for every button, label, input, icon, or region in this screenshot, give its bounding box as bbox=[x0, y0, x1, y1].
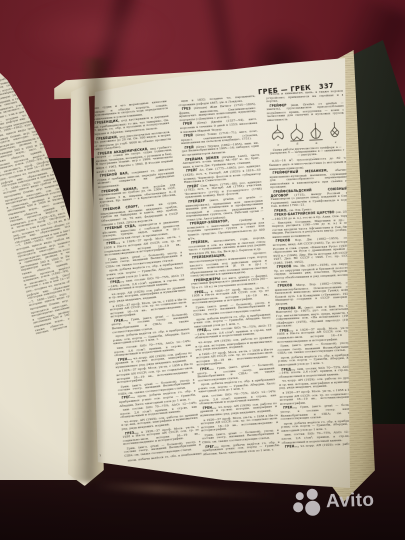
avito-logo-icon bbox=[293, 488, 322, 517]
page-number: 337 bbox=[319, 82, 335, 91]
dictionary-entry: ГРЕЙФЕР (нем. Greifer, от greifen — хват… bbox=[266, 101, 344, 122]
grab-diagram: а bbox=[269, 123, 286, 147]
grab-diagram: б bbox=[288, 122, 305, 146]
right-book-page: ГРЕБ — ГРЕК337 ние судна и его мореходны… bbox=[74, 52, 352, 492]
text-column-3: гатель и кинематич. цепь, а также ходово… bbox=[266, 90, 359, 449]
avito-watermark: Avito bbox=[293, 487, 375, 518]
table-reflection bbox=[96, 481, 276, 499]
dictionary-entry: ГРЕКОВ Митр. Бор. (1882—1934), сов. живо… bbox=[274, 282, 352, 307]
dictionary-entry: ГРЕКОВ Бор. Дм. (1882—1953), сов. истори… bbox=[272, 237, 350, 265]
grab-bucket-figure: абвгСхема работы двухчелюстного грейфера… bbox=[267, 121, 346, 159]
fabric-highlight bbox=[20, 4, 170, 64]
grab-diagram: г bbox=[326, 121, 343, 145]
avito-brand-text: Avito bbox=[326, 490, 375, 514]
dictionary-entry: ГРЕКО-БАКТРИЙСКОЕ ЦАРСТВО (ок. 250—140/1… bbox=[271, 211, 349, 239]
text-columns: ние судна и его мореходные качества; раз… bbox=[95, 89, 363, 461]
grab-diagram: в bbox=[307, 122, 324, 146]
dictionary-entry: ГРЕЙФСВАЛЬДСКИЙ СОЮЗНЫЙ ДОГОВОР (1715), … bbox=[270, 188, 348, 209]
